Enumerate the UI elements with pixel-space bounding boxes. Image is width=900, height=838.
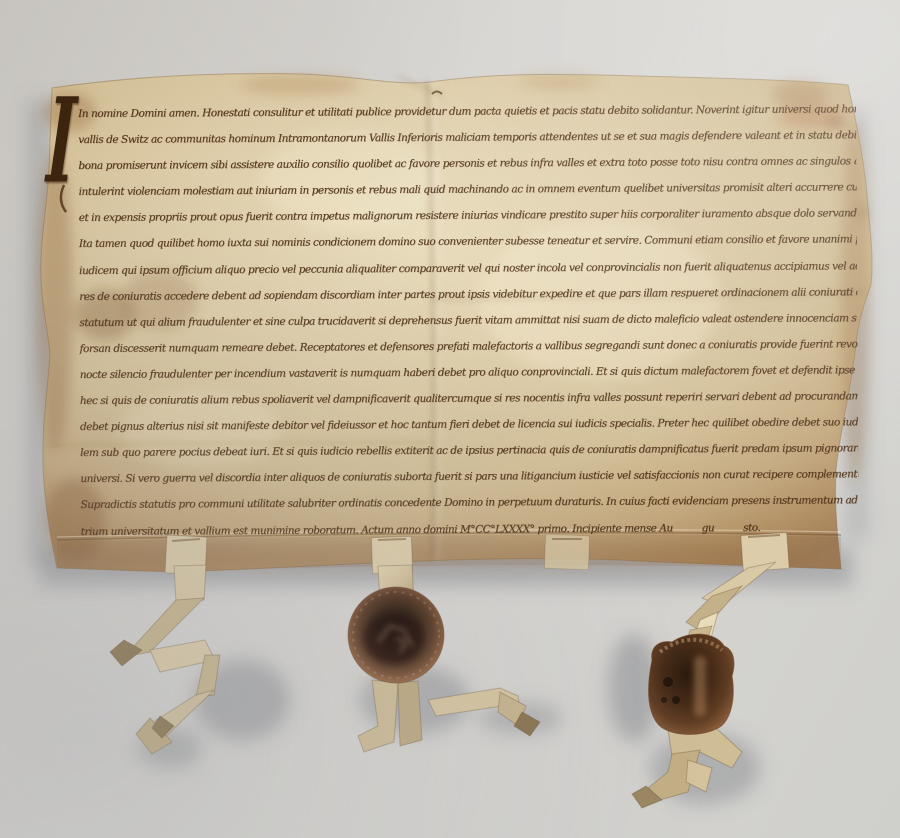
wax-seal-middle xyxy=(348,587,444,683)
decorated-initial: I xyxy=(45,84,78,201)
seal-relief-ridge xyxy=(694,656,706,716)
seal-tag-left xyxy=(110,565,220,754)
photograph-medieval-charter: I In nomine Domini amen. Honestati consu… xyxy=(0,0,900,838)
manuscript-text-block: In nomine Domini amen. Honestati consuli… xyxy=(78,96,859,544)
wax-seal-right xyxy=(649,634,734,734)
manuscript-line-17: trium universitatum et vallium est munim… xyxy=(81,514,859,545)
